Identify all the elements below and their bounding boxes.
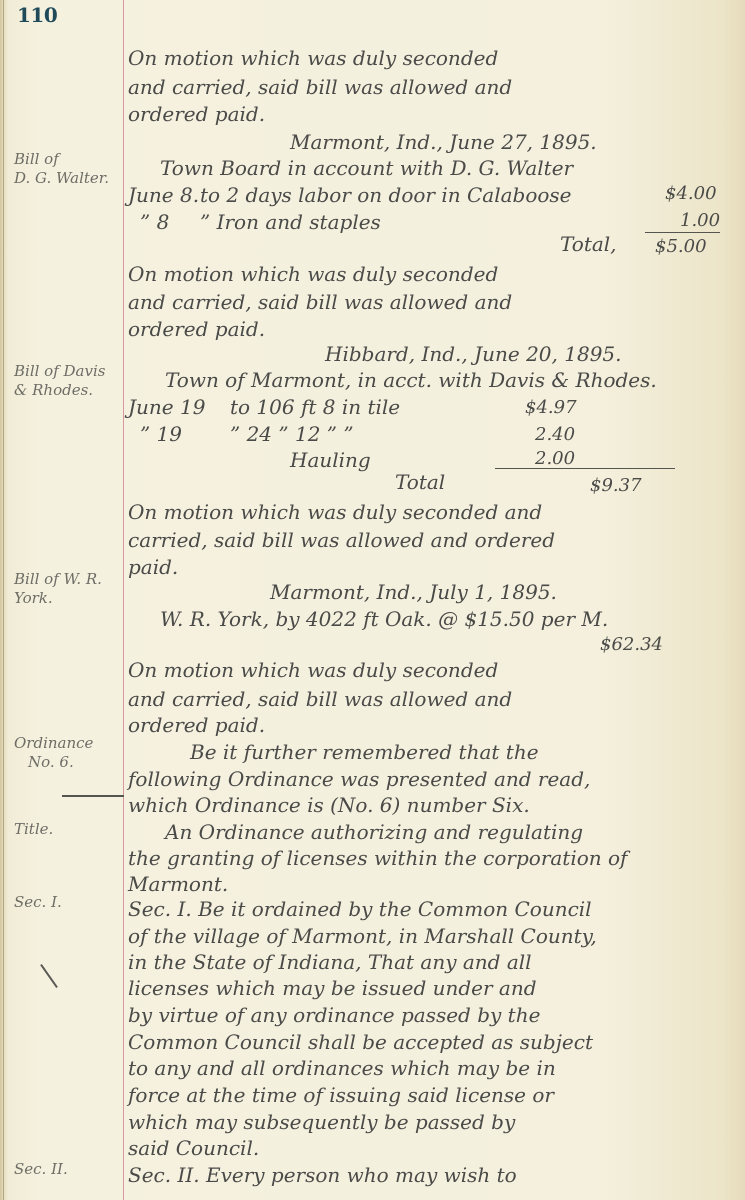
bill-line: W. R. York, by 4022 ft Oak. @ $15.50 per… bbox=[160, 607, 725, 631]
bill-total-label: Total bbox=[395, 470, 725, 494]
section-text-line: Sec. I. Be it ordained by the Common Cou… bbox=[128, 897, 725, 921]
text-line: and carried, said bill was allowed and bbox=[128, 290, 725, 314]
margin-pointer-line bbox=[62, 795, 124, 797]
section-text-line: which may subsequently be passed by bbox=[128, 1110, 725, 1134]
margin-note-sec2: Sec. II. bbox=[14, 1160, 122, 1179]
bill-item-desc: ” Iron and staples bbox=[200, 210, 725, 234]
text-line: ordered paid. bbox=[128, 102, 725, 126]
margin-note-ordinance: Ordinance No. 6. bbox=[14, 734, 122, 772]
margin-note-line: Bill of W. R. bbox=[14, 570, 122, 589]
page-number: 110 bbox=[17, 3, 57, 27]
text-line: On motion which was duly seconded bbox=[128, 262, 725, 286]
section-text-line: licenses which may be issued under and bbox=[128, 976, 725, 1000]
bill-item-amount: 2.00 bbox=[535, 448, 575, 469]
margin-note-title: Title. bbox=[14, 820, 122, 839]
bill-total: $9.37 bbox=[590, 475, 642, 496]
section-text-line: by virtue of any ordinance passed by the bbox=[128, 1003, 725, 1027]
bill-header: Town Board in account with D. G. Walter bbox=[160, 156, 725, 180]
text-line: and carried, said bill was allowed and bbox=[128, 75, 725, 99]
section-text-line: of the village of Marmont, in Marshall C… bbox=[128, 924, 725, 948]
section-text-line: force at the time of issuing said licens… bbox=[128, 1083, 725, 1107]
sum-rule bbox=[495, 468, 675, 469]
section-text-line: to any and all ordinances which may be i… bbox=[128, 1056, 725, 1080]
text-line: On motion which was duly seconded bbox=[128, 46, 725, 70]
text-line: ordered paid. bbox=[128, 317, 725, 341]
ordinance-title-line: An Ordinance authorizing and regulating bbox=[165, 820, 725, 844]
text-line: On motion which was duly seconded bbox=[128, 658, 725, 682]
binding-edge bbox=[3, 0, 4, 1200]
margin-note-line: No. 6. bbox=[14, 753, 122, 772]
section-text-line: in the State of Indiana, That any and al… bbox=[128, 950, 725, 974]
bill-item-amount: 2.40 bbox=[535, 424, 575, 445]
bill-total: $62.34 bbox=[600, 634, 663, 655]
margin-note-line: Title. bbox=[14, 820, 122, 839]
bill-place-date: Marmont, Ind., July 1, 1895. bbox=[270, 580, 725, 604]
margin-note-line: Sec. II. bbox=[14, 1160, 122, 1179]
margin-note-line: Ordinance bbox=[14, 734, 122, 753]
ordinance-title-line: Marmont. bbox=[128, 872, 725, 896]
section-text-line: Common Council shall be accepted as subj… bbox=[128, 1030, 725, 1054]
margin-rule bbox=[123, 0, 124, 1200]
bill-place-date: Marmont, Ind., June 27, 1895. bbox=[290, 130, 725, 154]
text-line: following Ordinance was presented and re… bbox=[128, 767, 725, 791]
bill-place-date: Hibbard, Ind., June 20, 1895. bbox=[325, 342, 725, 366]
margin-note-line: Bill of Davis bbox=[14, 362, 122, 381]
bill-item-amount: $4.00 bbox=[665, 183, 717, 204]
text-line: ordered paid. bbox=[128, 713, 725, 737]
bill-item-amount: $4.97 bbox=[525, 397, 577, 418]
text-line: carried, said bill was allowed and order… bbox=[128, 528, 725, 552]
text-line: which Ordinance is (No. 6) number Six. bbox=[128, 793, 725, 817]
margin-note-walter: Bill of D. G. Walter. bbox=[14, 150, 122, 188]
bill-header: Town of Marmont, in acct. with Davis & R… bbox=[165, 368, 725, 392]
margin-check-mark bbox=[40, 964, 58, 988]
bill-item-desc: to 106 ft 8 in tile bbox=[230, 395, 725, 419]
text-line: Be it further remembered that the bbox=[190, 740, 725, 764]
bill-total: $5.00 bbox=[655, 236, 707, 257]
bill-item-desc: to 2 days labor on door in Calaboose bbox=[200, 183, 725, 207]
text-line: and carried, said bill was allowed and bbox=[128, 687, 725, 711]
bill-item-desc: ” 24 ” 12 ” ” bbox=[230, 422, 725, 446]
margin-note-line: Bill of bbox=[14, 150, 122, 169]
margin-note-line: Sec. I. bbox=[14, 893, 122, 912]
text-line: paid. bbox=[128, 555, 725, 579]
ledger-page: 110 Bill of D. G. Walter. Bill of Davis … bbox=[0, 0, 745, 1200]
margin-note-line: York. bbox=[14, 589, 122, 608]
margin-note-line: D. G. Walter. bbox=[14, 169, 122, 188]
margin-note-line: & Rhodes. bbox=[14, 381, 122, 400]
section-text-line: Sec. II. Every person who may wish to bbox=[128, 1163, 725, 1187]
margin-note-york: Bill of W. R. York. bbox=[14, 570, 122, 608]
text-line: On motion which was duly seconded and bbox=[128, 500, 725, 524]
ordinance-title-line: the granting of licenses within the corp… bbox=[128, 846, 725, 870]
section-text-line: said Council. bbox=[128, 1136, 725, 1160]
margin-note-rhodes: Bill of Davis & Rhodes. bbox=[14, 362, 122, 400]
bill-item-amount: 1.00 bbox=[680, 210, 720, 231]
margin-note-sec1: Sec. I. bbox=[14, 893, 122, 912]
